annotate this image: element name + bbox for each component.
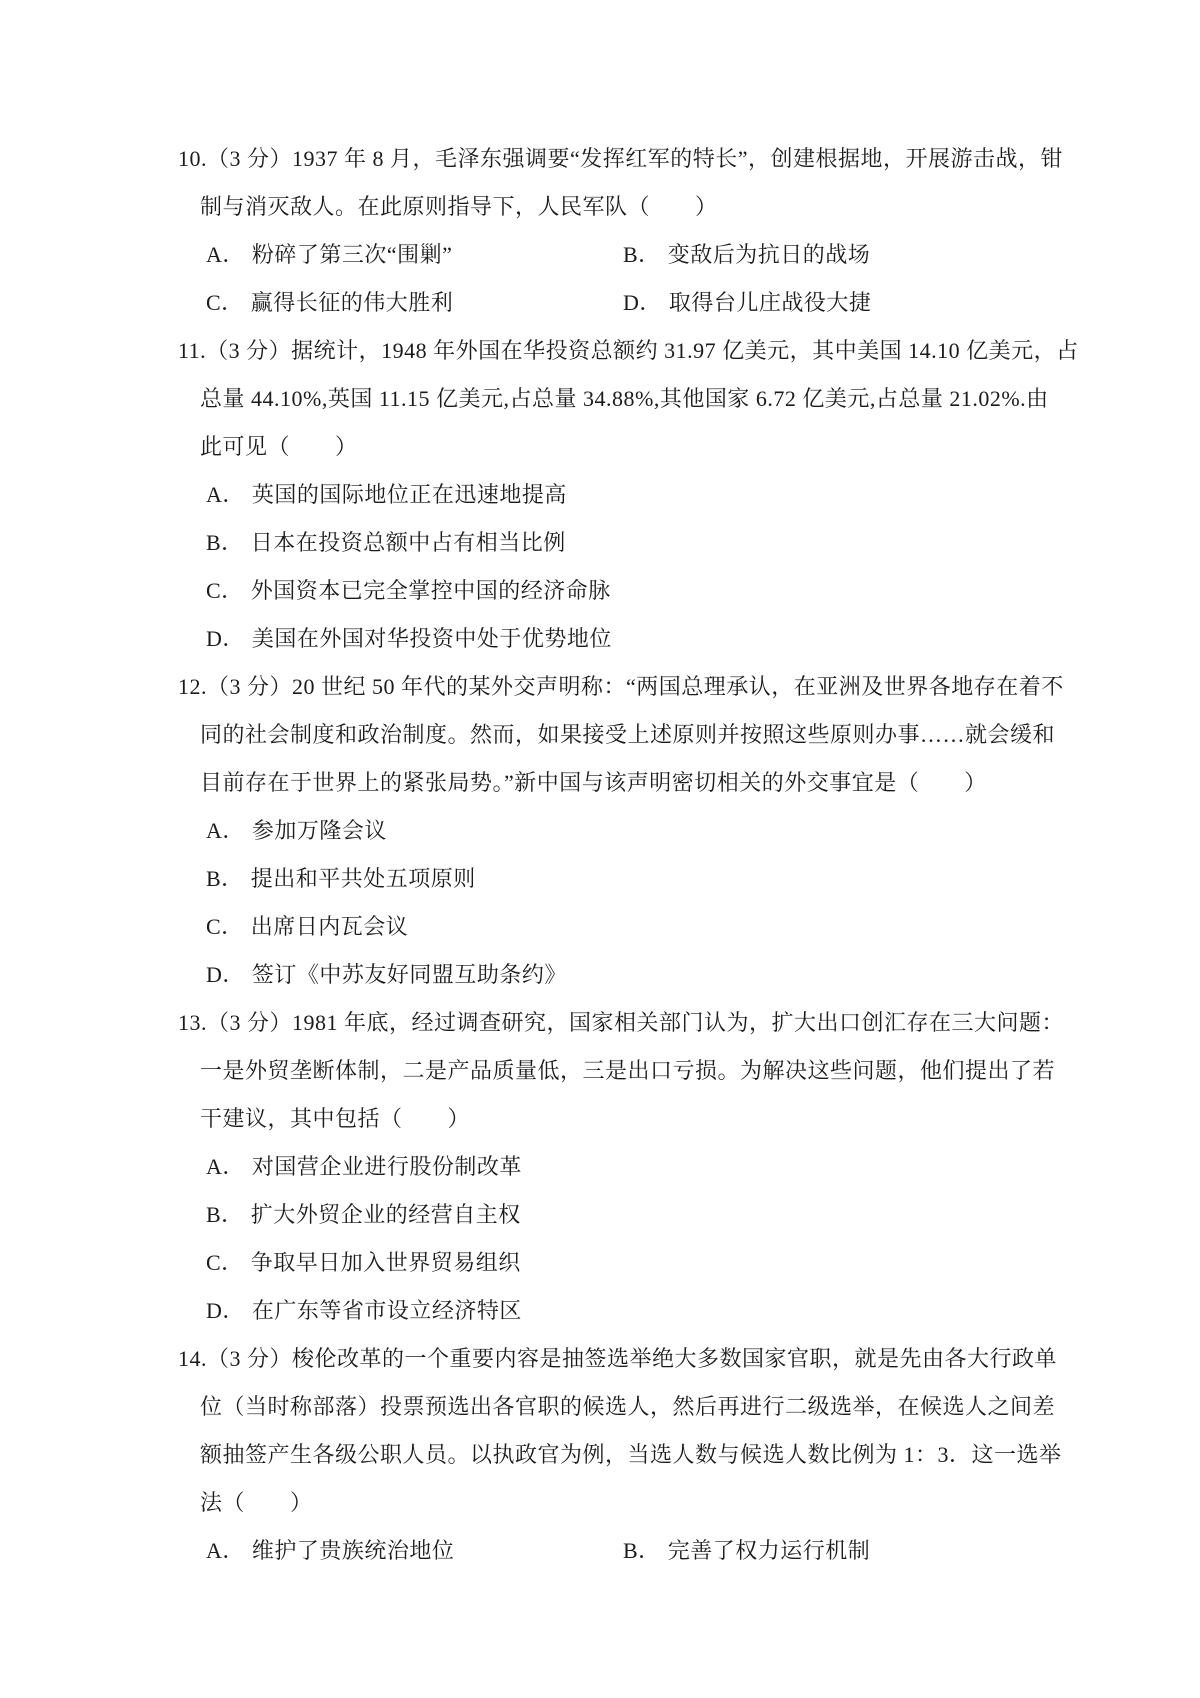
option-b: B．日本在投资总额中占有相当比例 bbox=[206, 519, 1188, 567]
question-stem-line: 此可见（ ） bbox=[200, 423, 1188, 471]
option-text: 维护了贵族统治地位 bbox=[252, 1538, 455, 1563]
option-label: A． bbox=[206, 1154, 245, 1179]
option-label: A． bbox=[206, 818, 245, 843]
option-label: D． bbox=[206, 626, 245, 651]
option-text: 对国营企业进行股份制改革 bbox=[252, 1154, 522, 1179]
option-label: A． bbox=[206, 242, 245, 267]
option-b: B．提出和平共处五项原则 bbox=[206, 855, 1188, 903]
option-text: 提出和平共处五项原则 bbox=[251, 866, 476, 891]
option-text: 争取早日加入世界贸易组织 bbox=[251, 1250, 521, 1275]
question-stem-line: 位（当时称部落）投票预选出各官职的候选人，然后再进行二级选举，在候选人之间差 bbox=[200, 1383, 1188, 1431]
option-row: A．粉碎了第三次“围剿” B．变敌后为抗日的战场 bbox=[206, 231, 1188, 279]
option-label: B． bbox=[206, 530, 244, 555]
option-d: D．美国在外国对华投资中处于优势地位 bbox=[206, 615, 1188, 663]
option-text: 在广东等省市设立经济特区 bbox=[252, 1298, 522, 1323]
option-b: B．扩大外贸企业的经营自主权 bbox=[206, 1191, 1188, 1239]
option-label: D． bbox=[206, 1298, 245, 1323]
question-stem-line: 11.（3 分）据统计，1948 年外国在华投资总额约 31.97 亿美元，其中… bbox=[178, 327, 1188, 375]
question-stem-line: 13.（3 分）1981 年底，经过调查研究，国家相关部门认为，扩大出口创汇存在… bbox=[178, 999, 1188, 1047]
option-a: A．粉碎了第三次“围剿” bbox=[206, 242, 452, 267]
option-text: 变敌后为抗日的战场 bbox=[668, 242, 871, 267]
question-list: 10.（3 分）1937 年 8 月，毛泽东强调要“发挥红军的特长”，创建根据地… bbox=[178, 135, 1188, 1575]
option-b: B．变敌后为抗日的战场 bbox=[623, 231, 870, 279]
option-d: D．在广东等省市设立经济特区 bbox=[206, 1287, 1188, 1335]
option-row: A．维护了贵族统治地位 B．完善了权力运行机制 bbox=[206, 1527, 1188, 1575]
option-label: A． bbox=[206, 482, 245, 507]
option-c: C．出席日内瓦会议 bbox=[206, 903, 1188, 951]
option-text: 扩大外贸企业的经营自主权 bbox=[251, 1202, 521, 1227]
option-text: 粉碎了第三次“围剿” bbox=[252, 242, 453, 267]
option-c: C．外国资本已完全掌控中国的经济命脉 bbox=[206, 567, 1188, 615]
option-a: A．对国营企业进行股份制改革 bbox=[206, 1143, 1188, 1191]
question-stem-line: 干建议，其中包括（ ） bbox=[200, 1095, 1188, 1143]
question-11: 11.（3 分）据统计，1948 年外国在华投资总额约 31.97 亿美元，其中… bbox=[178, 327, 1188, 663]
question-stem-line: 14.（3 分）梭伦改革的一个重要内容是抽签选举绝大多数国家官职，就是先由各大行… bbox=[178, 1335, 1188, 1383]
option-label: A． bbox=[206, 1538, 245, 1563]
question-10: 10.（3 分）1937 年 8 月，毛泽东强调要“发挥红军的特长”，创建根据地… bbox=[178, 135, 1188, 327]
option-text: 赢得长征的伟大胜利 bbox=[251, 290, 454, 315]
option-text: 美国在外国对华投资中处于优势地位 bbox=[252, 626, 612, 651]
question-13: 13.（3 分）1981 年底，经过调查研究，国家相关部门认为，扩大出口创汇存在… bbox=[178, 999, 1188, 1335]
option-text: 参加万隆会议 bbox=[252, 818, 387, 843]
option-text: 完善了权力运行机制 bbox=[668, 1538, 871, 1563]
option-text: 签订《中苏友好同盟互助条约》 bbox=[252, 962, 567, 987]
option-label: B． bbox=[623, 1538, 661, 1563]
option-a: A．参加万隆会议 bbox=[206, 807, 1188, 855]
option-label: B． bbox=[623, 242, 661, 267]
option-label: C． bbox=[206, 914, 244, 939]
question-stem-line: 总量 44.10%,英国 11.15 亿美元,占总量 34.88%,其他国家 6… bbox=[200, 375, 1188, 423]
question-stem-line: 一是外贸垄断体制，二是产品质量低，三是出口亏损。为解决这些问题，他们提出了若 bbox=[200, 1047, 1188, 1095]
question-stem-line: 目前存在于世界上的紧张局势。”新中国与该声明密切相关的外交事宜是（ ） bbox=[200, 759, 1188, 807]
question-14: 14.（3 分）梭伦改革的一个重要内容是抽签选举绝大多数国家官职，就是先由各大行… bbox=[178, 1335, 1188, 1575]
option-a: A．维护了贵族统治地位 bbox=[206, 1538, 454, 1563]
option-label: C． bbox=[206, 1250, 244, 1275]
question-stem-line: 同的社会制度和政治制度。然而，如果接受上述原则并按照这些原则办事……就会缓和 bbox=[200, 711, 1188, 759]
option-text: 英国的国际地位正在迅速地提高 bbox=[252, 482, 567, 507]
question-stem-line: 额抽签产生各级公职人员。以执政官为例，当选人数与候选人数比例为 1：3．这一选举 bbox=[200, 1431, 1188, 1479]
option-label: B． bbox=[206, 866, 244, 891]
option-c: C．争取早日加入世界贸易组织 bbox=[206, 1239, 1188, 1287]
option-text: 出席日内瓦会议 bbox=[251, 914, 409, 939]
option-c: C．赢得长征的伟大胜利 bbox=[206, 290, 453, 315]
question-stem-line: 制与消灭敌人。在此原则指导下，人民军队（ ） bbox=[200, 183, 1188, 231]
option-label: D． bbox=[206, 962, 245, 987]
question-12: 12.（3 分）20 世纪 50 年代的某外交声明称：“两国总理承认，在亚洲及世… bbox=[178, 663, 1188, 999]
option-a: A．英国的国际地位正在迅速地提高 bbox=[206, 471, 1188, 519]
option-label: D． bbox=[623, 290, 662, 315]
question-stem-line: 12.（3 分）20 世纪 50 年代的某外交声明称：“两国总理承认，在亚洲及世… bbox=[178, 663, 1188, 711]
option-row: C．赢得长征的伟大胜利 D．取得台儿庄战役大捷 bbox=[206, 279, 1188, 327]
option-label: C． bbox=[206, 578, 244, 603]
option-text: 外国资本已完全掌控中国的经济命脉 bbox=[251, 578, 611, 603]
option-label: C． bbox=[206, 290, 244, 315]
exam-page: 10.（3 分）1937 年 8 月，毛泽东强调要“发挥红军的特长”，创建根据地… bbox=[0, 0, 1200, 1698]
option-text: 取得台儿庄战役大捷 bbox=[669, 290, 872, 315]
option-label: B． bbox=[206, 1202, 244, 1227]
question-stem-line: 法（ ） bbox=[200, 1479, 1188, 1527]
option-d: D．签订《中苏友好同盟互助条约》 bbox=[206, 951, 1188, 999]
option-text: 日本在投资总额中占有相当比例 bbox=[251, 530, 566, 555]
question-stem-line: 10.（3 分）1937 年 8 月，毛泽东强调要“发挥红军的特长”，创建根据地… bbox=[178, 135, 1188, 183]
option-d: D．取得台儿庄战役大捷 bbox=[623, 279, 871, 327]
option-b: B．完善了权力运行机制 bbox=[623, 1527, 870, 1575]
